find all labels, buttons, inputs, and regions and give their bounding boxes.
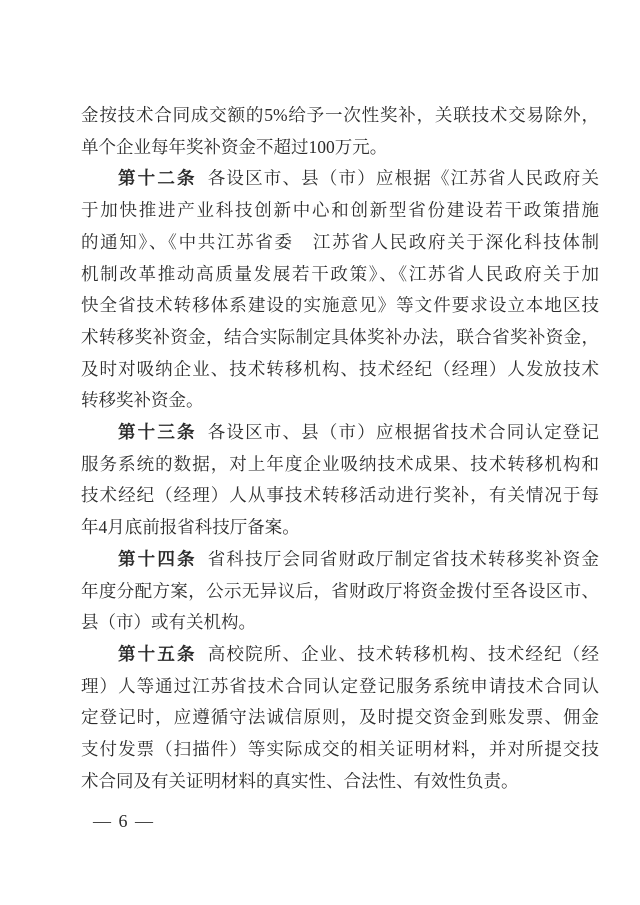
text-line: 单个企业每年奖补资金不超过100万元。 [81, 132, 599, 164]
paragraph-article-14: 第十四条省科技厅会同省财政厅制定省技术转移奖补资金 年度分配方案，公示无异议后，… [81, 544, 599, 639]
text-line: 县（市）或有关机构。 [81, 607, 599, 639]
article-number: 第十四条 [118, 549, 197, 569]
article-number: 第十三条 [118, 422, 197, 442]
paragraph-article-12: 第十二条各设区市、县（市）应根据《江苏省人民政府关 于加快推进产业科技创新中心和… [81, 163, 599, 417]
text-line: 第十三条各设区市、县（市）应根据省技术合同认定登记 [81, 417, 599, 449]
text-line: 技术经纪（经理）人从事技术转移活动进行奖补，有关情况于每 [81, 480, 599, 512]
text-line: 转移奖补资金。 [81, 385, 599, 417]
article-text: 各设区市、县（市）应根据省技术合同认定登记 [208, 422, 599, 442]
text-line: 支付发票（扫描件）等实际成交的相关证明材料，并对所提交技 [81, 734, 599, 766]
text-line: 金按技术合同成交额的5%给予一次性奖补，关联技术交易除外， [81, 100, 599, 132]
text-line: 第十四条省科技厅会同省财政厅制定省技术转移奖补资金 [81, 544, 599, 576]
text-line: 术合同及有关证明材料的真实性、合法性、有效性负责。 [81, 766, 599, 798]
text-line: 术转移奖补资金，结合实际制定具体奖补办法，联合省奖补资金， [81, 322, 599, 354]
article-number: 第十五条 [118, 644, 197, 664]
text-line: 服务系统的数据，对上年度企业吸纳技术成果、技术转移机构和 [81, 449, 599, 481]
text-line: 年度分配方案，公示无异议后，省财政厅将资金拨付至各设区市、 [81, 576, 599, 608]
paragraph-continuation: 金按技术合同成交额的5%给予一次性奖补，关联技术交易除外， 单个企业每年奖补资金… [81, 100, 599, 163]
paragraph-article-13: 第十三条各设区市、县（市）应根据省技术合同认定登记 服务系统的数据，对上年度企业… [81, 417, 599, 544]
article-text: 高校院所、企业、技术转移机构、技术经纪（经 [208, 644, 599, 664]
article-text: 各设区市、县（市）应根据《江苏省人民政府关 [208, 168, 599, 188]
document-page: 金按技术合同成交额的5%给予一次性奖补，关联技术交易除外， 单个企业每年奖补资金… [0, 0, 640, 905]
text-line: 的通知》、《中共江苏省委 江苏省人民政府关于深化科技体制 [81, 227, 599, 259]
text-line: 快全省技术转移体系建设的实施意见》等文件要求设立本地区技 [81, 290, 599, 322]
text-line: 于加快推进产业科技创新中心和创新型省份建设若干政策措施 [81, 195, 599, 227]
text-line: 第十二条各设区市、县（市）应根据《江苏省人民政府关 [81, 163, 599, 195]
text-line: 定登记时，应遵循守法诚信原则，及时提交资金到账发票、佣金 [81, 702, 599, 734]
text-line: 机制改革推动高质量发展若干政策》、《江苏省人民政府关于加 [81, 259, 599, 291]
paragraph-article-15: 第十五条高校院所、企业、技术转移机构、技术经纪（经 理）人等通过江苏省技术合同认… [81, 639, 599, 798]
article-text: 省科技厅会同省财政厅制定省技术转移奖补资金 [208, 549, 599, 569]
text-line: 及时对吸纳企业、技术转移机构、技术经纪（经理）人发放技术 [81, 354, 599, 386]
article-number: 第十二条 [118, 168, 197, 188]
text-line: 第十五条高校院所、企业、技术转移机构、技术经纪（经 [81, 639, 599, 671]
body-text: 金按技术合同成交额的5%给予一次性奖补，关联技术交易除外， 单个企业每年奖补资金… [81, 100, 599, 797]
text-line: 理）人等通过江苏省技术合同认定登记服务系统申请技术合同认 [81, 671, 599, 703]
text-line: 年4月底前报省科技厅备案。 [81, 512, 599, 544]
page-number: — 6 — [93, 811, 155, 832]
